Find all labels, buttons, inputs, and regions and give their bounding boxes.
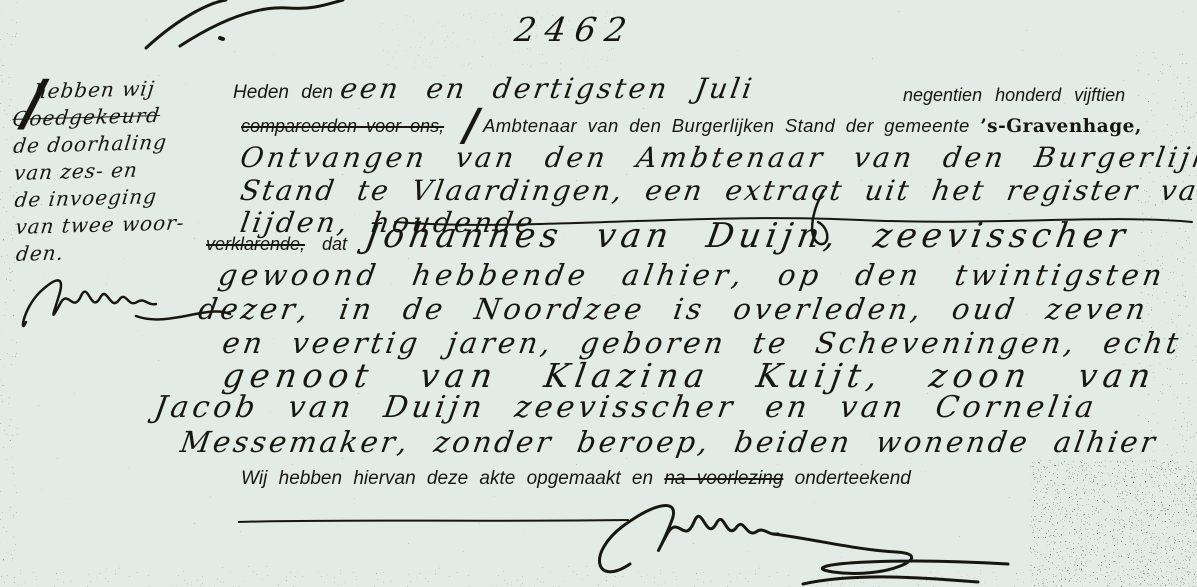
hw-line-stand: Stand te Vlaardingen, een extract uit he…: [238, 174, 1197, 207]
registrar-text: Ambtenaar van den Burgerlijken Stand der…: [483, 115, 970, 136]
city-name: ’s-Gravenhage,: [980, 116, 1142, 137]
struck-na-voorlezing: na voorlezing: [664, 468, 783, 489]
margin-note: hebben wij Goedgekeurd de doorhaling van…: [12, 73, 237, 268]
closing-part2: onderteekend: [795, 468, 911, 489]
printed-dat: dat: [322, 234, 347, 255]
act-number: 2462: [512, 10, 638, 49]
closing-part1: Wij hebben hiervan deze akte opgemaakt e…: [241, 468, 653, 489]
hw-line-received: Ontvangen van den Ambtenaar van den Burg…: [238, 141, 1197, 174]
deceased-name: Johannes van Duijn, zeevisscher: [362, 216, 1132, 256]
struck-compareerden: compareerden voor ons,: [241, 116, 444, 137]
hw-line-messemaker: Messemaker, zonder beroep, beiden wonend…: [178, 425, 1160, 459]
closing-line: Wij hebben hiervan deze akte opgemaakt e…: [241, 468, 911, 490]
registrar-signature: [578, 492, 1058, 587]
margin-note-line: den.: [15, 235, 238, 268]
hw-line-dezer: dezer, in de Noordzee is overleden, oud …: [196, 292, 1151, 326]
pen-flourish-top: [128, 0, 378, 52]
printed-heden-den: Heden den: [233, 82, 333, 104]
printed-ambtenaar: Ambtenaar van den Burgerlijken Stand der…: [483, 115, 1142, 137]
printed-year: negentien honderd vijftien: [903, 85, 1125, 106]
hw-line-veertig: en veertig jaren, geboren te Scheveninge…: [220, 326, 1184, 360]
signature-rule-line: [238, 518, 630, 524]
hw-line-jacob: Jacob van Duijn zeevisscher en van Corne…: [152, 390, 1100, 425]
struck-verklarende: verklarende,: [206, 234, 305, 255]
handwritten-date: een en dertigsten Juli: [338, 72, 757, 105]
hw-line-gewoond: gewoond hebbende alhier, op den twintigs…: [216, 258, 1168, 292]
death-certificate-scan: 2462 / hebben wij Goedgekeurd de doorhal…: [0, 0, 1197, 587]
